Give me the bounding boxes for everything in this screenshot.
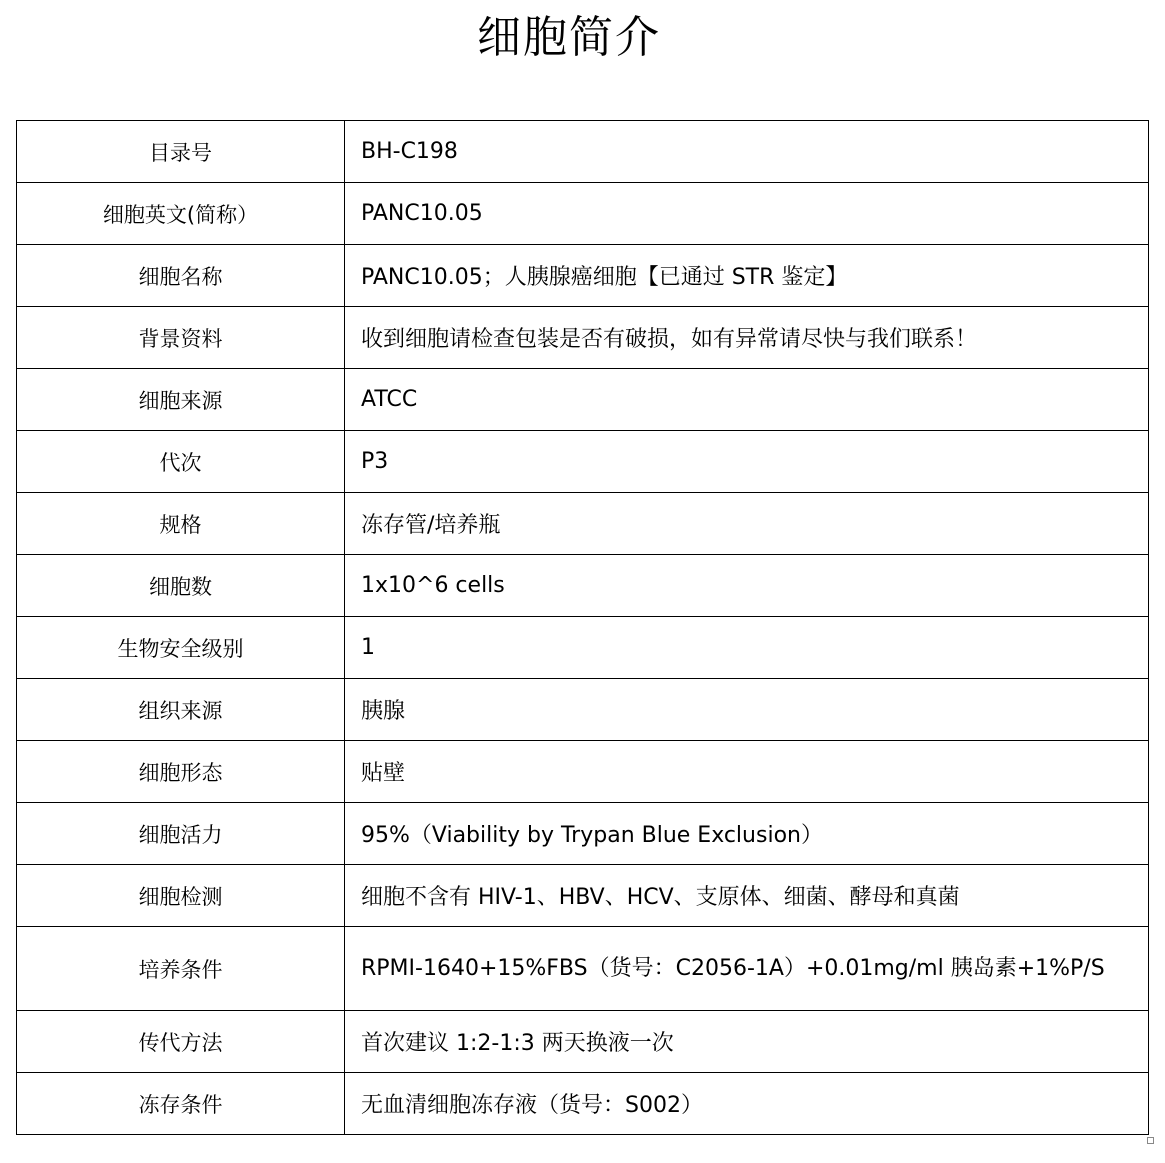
row-value: 无血清细胞冻存液（货号：S002） [345,1073,1149,1135]
table-row-tissue-source: 组织来源 胰腺 [17,679,1149,741]
table-row-biosafety-level: 生物安全级别 1 [17,617,1149,679]
row-label: 培养条件 [17,927,345,1011]
row-label: 冻存条件 [17,1073,345,1135]
row-label: 背景资料 [17,307,345,369]
row-value: P3 [345,431,1149,493]
row-label: 细胞来源 [17,369,345,431]
row-label: 细胞活力 [17,803,345,865]
table-row-cell-count: 细胞数 1x10^6 cells [17,555,1149,617]
row-value: 细胞不含有 HIV-1、HBV、HCV、支原体、细菌、酵母和真菌 [345,865,1149,927]
page-title: 细胞简介 [0,8,1138,68]
table-row-subculture-method: 传代方法 首次建议 1:2-1:3 两天换液一次 [17,1011,1149,1073]
table-row-viability: 细胞活力 95%（Viability by Trypan Blue Exclus… [17,803,1149,865]
row-value: PANC10.05 [345,183,1149,245]
row-label: 细胞数 [17,555,345,617]
row-label: 细胞形态 [17,741,345,803]
table-row-testing: 细胞检测 细胞不含有 HIV-1、HBV、HCV、支原体、细菌、酵母和真菌 [17,865,1149,927]
row-value: 贴壁 [345,741,1149,803]
row-label: 细胞英文(简称） [17,183,345,245]
row-value: ATCC [345,369,1149,431]
row-value: 1x10^6 cells [345,555,1149,617]
row-label: 细胞检测 [17,865,345,927]
table-row-source: 细胞来源 ATCC [17,369,1149,431]
table-row-passage: 代次 P3 [17,431,1149,493]
row-value: 首次建议 1:2-1:3 两天换液一次 [345,1011,1149,1073]
row-label: 目录号 [17,121,345,183]
row-label: 细胞名称 [17,245,345,307]
table-row-catalog-number: 目录号 BH-C198 [17,121,1149,183]
row-label: 传代方法 [17,1011,345,1073]
table-row-background: 背景资料 收到细胞请检查包装是否有破损，如有异常请尽快与我们联系！ [17,307,1149,369]
row-value: 收到细胞请检查包装是否有破损，如有异常请尽快与我们联系！ [345,307,1149,369]
table-row-cell-name: 细胞名称 PANC10.05；人胰腺癌细胞【已通过 STR 鉴定】 [17,245,1149,307]
table-row-culture-conditions: 培养条件 RPMI-1640+15%FBS（货号：C2056-1A）+0.01m… [17,927,1149,1011]
cell-info-table: 目录号 BH-C198 细胞英文(简称） PANC10.05 细胞名称 PANC… [16,120,1149,1135]
row-value: BH-C198 [345,121,1149,183]
table-row-morphology: 细胞形态 贴壁 [17,741,1149,803]
row-value: 1 [345,617,1149,679]
row-label: 代次 [17,431,345,493]
table-row-specification: 规格 冻存管/培养瓶 [17,493,1149,555]
row-label: 生物安全级别 [17,617,345,679]
row-value: 冻存管/培养瓶 [345,493,1149,555]
table-row-cryopreservation: 冻存条件 无血清细胞冻存液（货号：S002） [17,1073,1149,1135]
row-label: 规格 [17,493,345,555]
table-row-english-name: 细胞英文(简称） PANC10.05 [17,183,1149,245]
row-value: RPMI-1640+15%FBS（货号：C2056-1A）+0.01mg/ml … [345,927,1149,1011]
row-value: 95%（Viability by Trypan Blue Exclusion） [345,803,1149,865]
row-value: PANC10.05；人胰腺癌细胞【已通过 STR 鉴定】 [345,245,1149,307]
paragraph-mark-icon [1147,1137,1154,1144]
row-label: 组织来源 [17,679,345,741]
row-value: 胰腺 [345,679,1149,741]
